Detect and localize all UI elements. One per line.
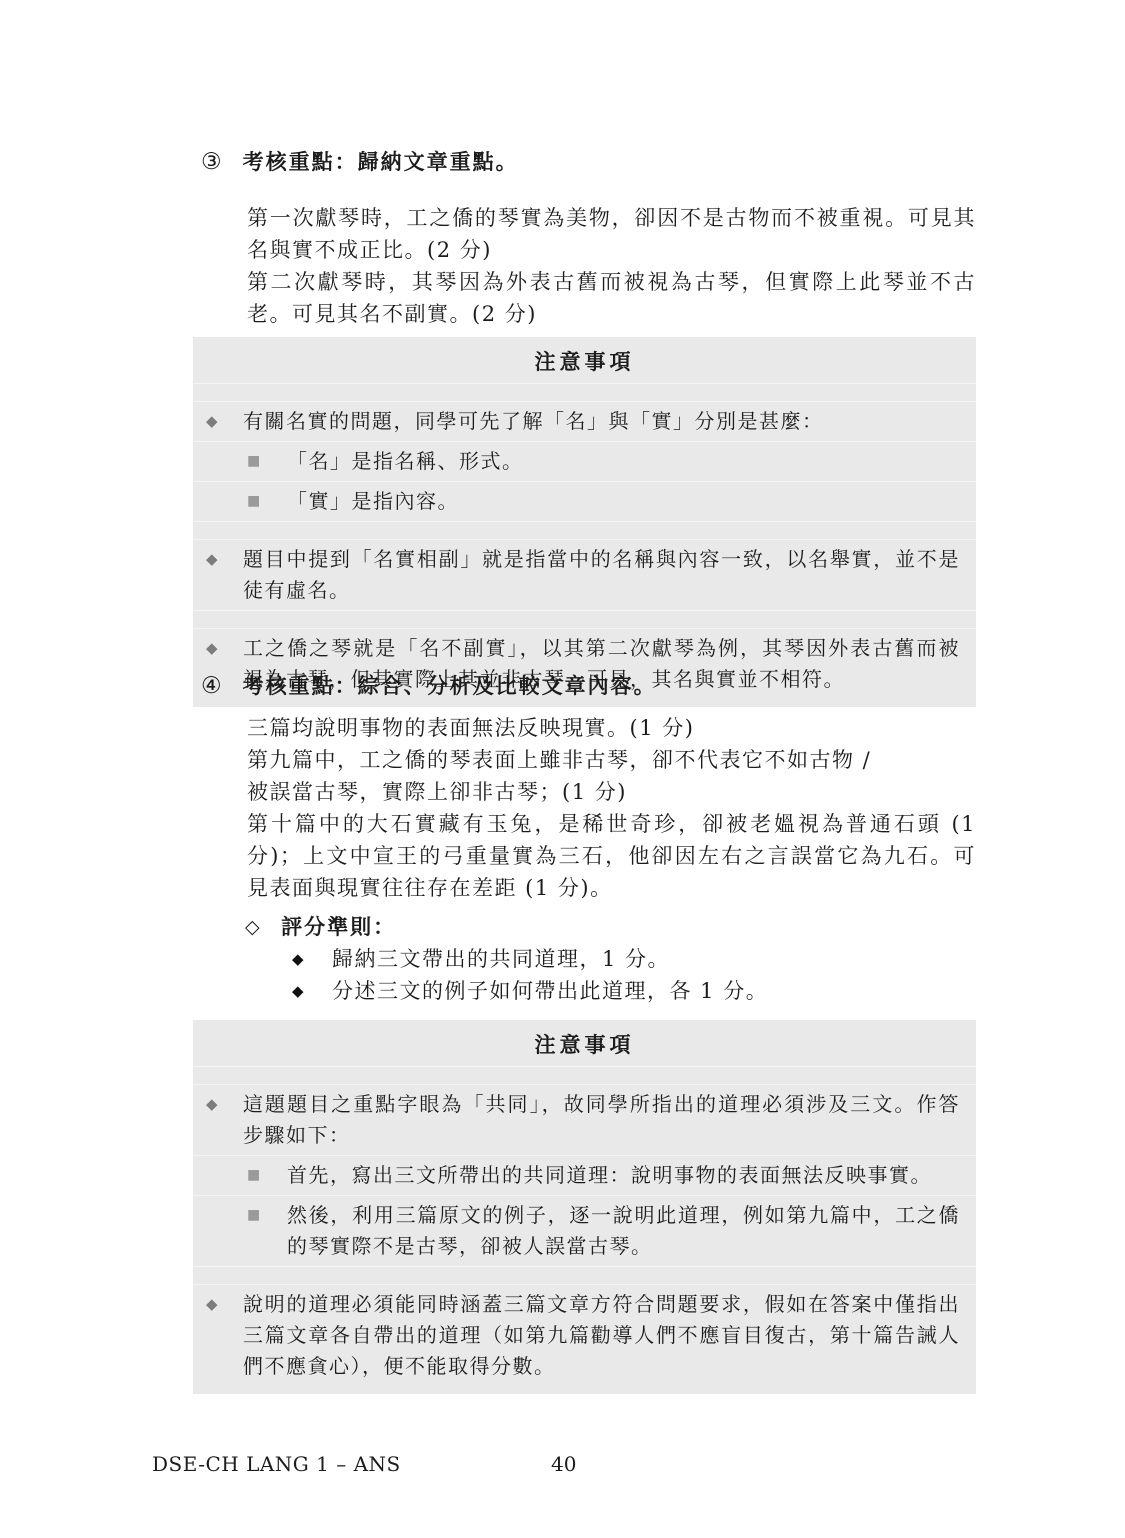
square-bullet-icon: ■ xyxy=(247,486,287,517)
spacer xyxy=(193,383,976,401)
scoring-item-text: 歸納三文帶出的共同道理，1 分。 xyxy=(332,943,976,975)
notice-box-2-title: 注意事項 xyxy=(193,1020,976,1066)
paragraph: 被誤當古琴，實際上卻非古琴；(1 分) xyxy=(247,776,976,808)
square-bullet-icon: ■ xyxy=(247,1160,287,1191)
diamond-bullet-icon: ◆ xyxy=(193,1089,243,1151)
notice-item-text: 有關名實的問題，同學可先了解「名」與「實」分別是甚麼： xyxy=(243,406,960,437)
notice-item-text: 然後，利用三篇原文的例子，逐一說明此道理，例如第九篇中，工之僑的琴實際不是古琴，… xyxy=(287,1200,960,1262)
notice-item-text: 「名」是指名稱、形式。 xyxy=(287,446,960,477)
spacer xyxy=(193,1266,976,1284)
notice-item-text: 首先，寫出三文所帶出的共同道理：說明事物的表面無法反映事實。 xyxy=(287,1160,960,1191)
diamond-bullet-icon: ◆ xyxy=(193,406,243,437)
diamond-bullet-icon: ◆ xyxy=(193,1289,243,1382)
spacer xyxy=(193,1066,976,1084)
notice-item-text: 題目中提到「名實相副」就是指當中的名稱與內容一致，以名舉實，並不是徒有虛名。 xyxy=(243,544,960,606)
scoring-item: ◆ 分述三文的例子如何帶出此道理，各 1 分。 xyxy=(292,975,976,1007)
square-bullet-icon: ■ xyxy=(247,1200,287,1262)
paragraph: 三篇均說明事物的表面無法反映現實。(1 分) xyxy=(247,712,976,744)
notice-item-text: 「實」是指內容。 xyxy=(287,486,960,517)
footer-page-number: 40 xyxy=(551,1452,576,1476)
notice-item: ◆ 有關名實的問題，同學可先了解「名」與「實」分別是甚麼： xyxy=(193,401,976,441)
spacer xyxy=(193,521,976,539)
paragraph: 第十篇中的大石實藏有玉兔，是稀世奇珍，卻被老媼視為普通石頭 (1 分)；上文中宣… xyxy=(247,808,976,904)
section-4-title: 考核重點：綜合、分析及比較文章內容。 xyxy=(243,670,657,702)
section-4-body: 三篇均說明事物的表面無法反映現實。(1 分) 第九篇中，工之僑的琴表面上雖非古琴… xyxy=(247,712,976,904)
section-3-title: 考核重點：歸納文章重點。 xyxy=(243,146,519,178)
notice-item: ◆ 說明的道理必須能同時涵蓋三篇文章方符合問題要求，假如在答案中僅指出三篇文章各… xyxy=(193,1284,976,1386)
scoring-heading: ◇ 評分準則： xyxy=(195,911,976,943)
notice-box-1: 注意事項 ◆ 有關名實的問題，同學可先了解「名」與「實」分別是甚麼： ■ 「名」… xyxy=(193,337,976,707)
notice-subitem: ■ 「實」是指內容。 xyxy=(193,481,976,521)
diamond-bullet-icon: ◆ xyxy=(193,544,243,606)
section-3-number: ③ xyxy=(195,146,222,178)
diamond-bullet-icon: ◆ xyxy=(292,943,332,975)
section-4-heading: ④ 考核重點：綜合、分析及比較文章內容。 xyxy=(195,670,978,702)
section-3-heading: ③ 考核重點：歸納文章重點。 xyxy=(195,146,978,178)
notice-subitem: ■ 首先，寫出三文所帶出的共同道理：說明事物的表面無法反映事實。 xyxy=(193,1155,976,1195)
scoring-criteria: ◇ 評分準則： ◆ 歸納三文帶出的共同道理，1 分。 ◆ 分述三文的例子如何帶出… xyxy=(195,911,976,1007)
spacer xyxy=(193,610,976,628)
scoring-item: ◆ 歸納三文帶出的共同道理，1 分。 xyxy=(292,943,976,975)
notice-item: ◆ 題目中提到「名實相副」就是指當中的名稱與內容一致，以名舉實，並不是徒有虛名。 xyxy=(193,539,976,610)
notice-item-text: 說明的道理必須能同時涵蓋三篇文章方符合問題要求，假如在答案中僅指出三篇文章各自帶… xyxy=(243,1289,960,1382)
open-diamond-bullet-icon: ◇ xyxy=(245,911,261,943)
notice-box-2: 注意事項 ◆ 這題題目之重點字眼為「共同」，故同學所指出的道理必須涉及三文。作答… xyxy=(193,1020,976,1394)
section-4-number: ④ xyxy=(195,670,222,702)
section-3-body: 第一次獻琴時，工之僑的琴實為美物，卻因不是古物而不被重視。可見其名與實不成正比。… xyxy=(247,202,976,330)
scoring-title: 評分準則： xyxy=(281,911,396,943)
document-page: ③ 考核重點：歸納文章重點。 第一次獻琴時，工之僑的琴實為美物，卻因不是古物而不… xyxy=(0,0,1125,1538)
square-bullet-icon: ■ xyxy=(247,446,287,477)
notice-subitem: ■ 「名」是指名稱、形式。 xyxy=(193,441,976,481)
paragraph: 第一次獻琴時，工之僑的琴實為美物，卻因不是古物而不被重視。可見其名與實不成正比。… xyxy=(247,202,976,266)
scoring-item-text: 分述三文的例子如何帶出此道理，各 1 分。 xyxy=(332,975,976,1007)
notice-item-text: 這題題目之重點字眼為「共同」，故同學所指出的道理必須涉及三文。作答步驟如下： xyxy=(243,1089,960,1151)
paragraph: 第九篇中，工之僑的琴表面上雖非古琴，卻不代表它不如古物 / xyxy=(247,744,976,776)
notice-box-1-title: 注意事項 xyxy=(193,337,976,383)
notice-subitem: ■ 然後，利用三篇原文的例子，逐一說明此道理，例如第九篇中，工之僑的琴實際不是古… xyxy=(193,1195,976,1266)
paragraph: 第二次獻琴時，其琴因為外表古舊而被視為古琴，但實際上此琴並不古老。可見其名不副實… xyxy=(247,266,976,330)
notice-item: ◆ 這題題目之重點字眼為「共同」，故同學所指出的道理必須涉及三文。作答步驟如下： xyxy=(193,1084,976,1155)
diamond-bullet-icon: ◆ xyxy=(292,975,332,1007)
footer-doc-code: DSE-CH LANG 1 – ANS xyxy=(152,1452,401,1476)
